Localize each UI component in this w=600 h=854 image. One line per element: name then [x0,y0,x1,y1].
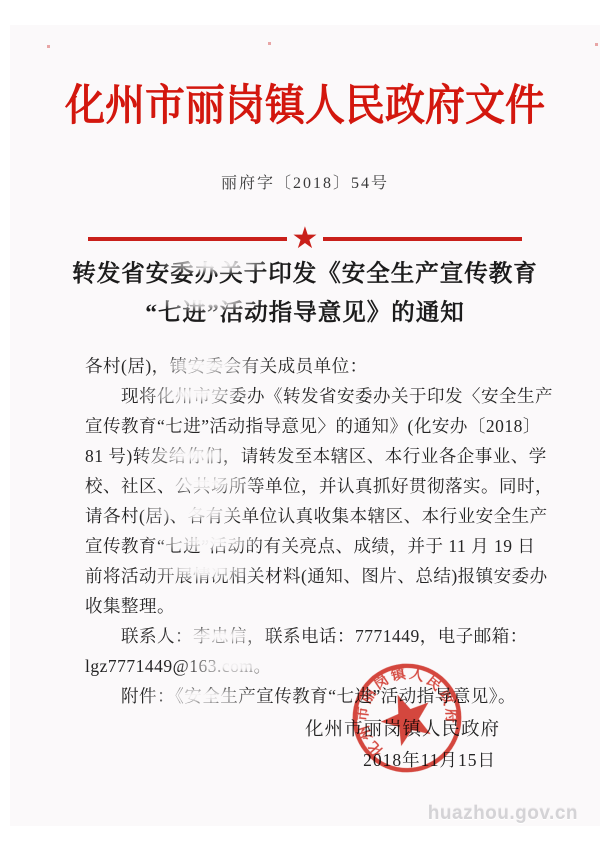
body-line: 现将化州市安委办《转发省安委办关于印发〈安全生产 [85,381,529,411]
body-line: 校、社区、公共场所等单位，并认真抓好贯彻落实。同时， [85,471,529,501]
red-divider: ★ [88,227,522,251]
doc-title-line2: “七进”活动指导意见》的通知 [10,294,600,333]
doc-title-line1: 转发省安委办关于印发《安全生产宣传教育 [10,255,600,294]
body-line: 前将活动开展情况相关材料(通知、图片、总结)报镇安委办 [85,561,529,591]
scan-speck [268,42,271,45]
document-page: 化州市丽岗镇人民政府文件 丽府字〔2018〕54号 ★ 转发省安委办关于印发《安… [10,25,600,826]
seal-star-icon [374,685,440,750]
scan-speck [47,45,50,48]
doc-title: 转发省安委办关于印发《安全生产宣传教育 “七进”活动指导意见》的通知 [10,255,600,333]
body-line: 81 号)转发给你们，请转发至本辖区、本行业各企事业、学 [85,441,529,471]
scanned-document: 化州市丽岗镇人民政府文件 丽府字〔2018〕54号 ★ 转发省安委办关于印发《安… [0,0,600,854]
site-watermark: huazhou.gov.cn [428,803,578,825]
body-line: 请各村(居)、各有关单位认真收集本辖区、本行业安全生产 [85,501,529,531]
body-line: 各村(居)，镇安委会有关成员单位： [85,351,529,381]
red-divider-line-right [323,237,522,241]
body-line: 宣传教育“七进”活动的有关亮点、成绩，并于 11 月 19 日 [85,531,529,561]
body-line: 联系人：李忠信，联系电话：7771449，电子邮箱： [85,621,529,651]
body-line: 收集整理。 [85,591,529,621]
red-divider-line-left [88,237,287,241]
agency-header-title: 化州市丽岗镇人民政府文件 [31,81,580,133]
scan-speck [595,43,598,46]
body-line: lgz7771449@163.com。 [85,651,529,681]
doc-body: 各村(居)，镇安委会有关成员单位： 现将化州市安委办《转发省安委办关于印发〈安全… [85,351,529,711]
star-icon: ★ [292,227,319,251]
body-line: 宣传教育“七进”活动指导意见〉的通知》(化安办〔2018〕 [85,411,529,441]
doc-number: 丽府字〔2018〕54号 [10,173,600,195]
